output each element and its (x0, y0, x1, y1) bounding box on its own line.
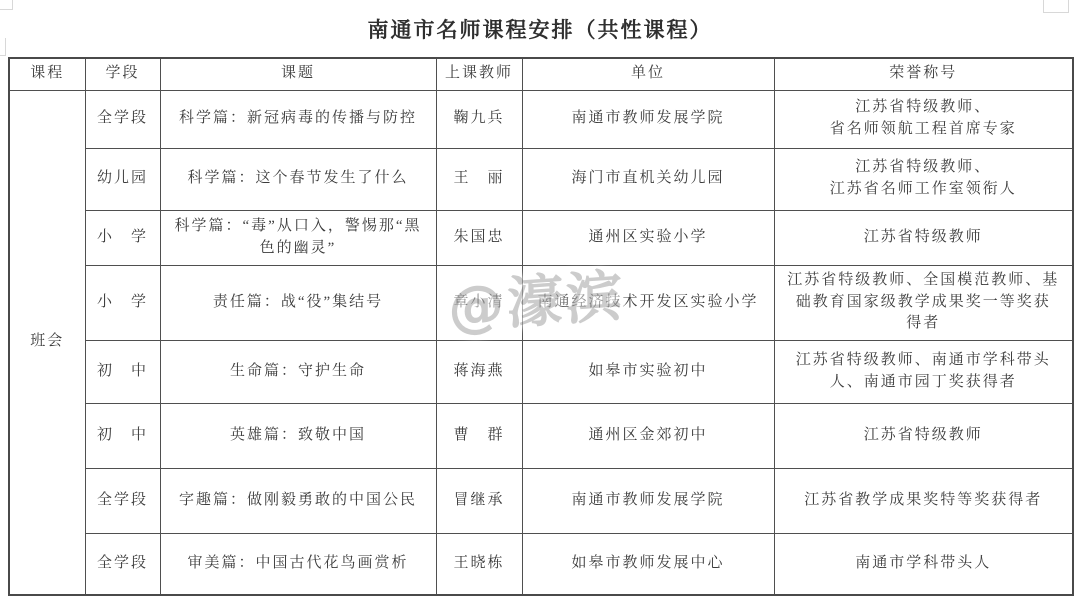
corner-crop-artifact (1043, 0, 1069, 13)
cell-teacher: 王晓栋 (436, 533, 522, 595)
cell-unit: 南通市教师发展学院 (522, 90, 774, 148)
cell-honor: 南通市学科带头人 (774, 533, 1073, 595)
cell-unit: 南通市教师发展学院 (522, 468, 774, 533)
cell-topic: 审美篇：中国古代花鸟画赏析 (160, 533, 436, 595)
cell-honor: 江苏省特级教师、南通市学科带头 人、南通市园丁奖获得者 (774, 340, 1073, 403)
header-unit: 单位 (522, 58, 774, 90)
cell-stage: 全学段 (85, 90, 160, 148)
cell-stage: 初 中 (85, 403, 160, 468)
cell-topic: 科学篇：新冠病毒的传播与防控 (160, 90, 436, 148)
header-honor: 荣誉称号 (774, 58, 1073, 90)
cell-stage: 全学段 (85, 533, 160, 595)
table-row: 初 中 生命篇：守护生命 蒋海燕 如皋市实验初中 江苏省特级教师、南通市学科带头… (9, 340, 1073, 403)
page: 南通市名师课程安排（共性课程） 课程 学段 课题 上课教师 单位 荣誉称号 班会… (0, 0, 1080, 600)
cell-stage: 小 学 (85, 265, 160, 340)
cell-teacher: 曹 群 (436, 403, 522, 468)
cell-unit: 海门市直机关幼儿园 (522, 148, 774, 210)
cell-teacher: 朱国忠 (436, 210, 522, 265)
cell-teacher: 冒继承 (436, 468, 522, 533)
cell-honor: 江苏省教学成果奖特等奖获得者 (774, 468, 1073, 533)
table-row: 小 学 责任篇：战“役”集结号 章小清 南通经济技术开发区实验小学 江苏省特级教… (9, 265, 1073, 340)
table-row: 全学段 字趣篇：做刚毅勇敢的中国公民 冒继承 南通市教师发展学院 江苏省教学成果… (9, 468, 1073, 533)
table-header-row: 课程 学段 课题 上课教师 单位 荣誉称号 (9, 58, 1073, 90)
cell-teacher: 章小清 (436, 265, 522, 340)
cell-teacher: 蒋海燕 (436, 340, 522, 403)
cell-topic: 英雄篇：致敬中国 (160, 403, 436, 468)
header-course: 课程 (9, 58, 85, 90)
cell-topic: 字趣篇：做刚毅勇敢的中国公民 (160, 468, 436, 533)
cell-stage: 全学段 (85, 468, 160, 533)
table-row: 全学段 审美篇：中国古代花鸟画赏析 王晓栋 如皋市教师发展中心 南通市学科带头人 (9, 533, 1073, 595)
cell-topic: 责任篇：战“役”集结号 (160, 265, 436, 340)
cell-course-group: 班会 (9, 90, 85, 595)
header-teacher: 上课教师 (436, 58, 522, 90)
cell-teacher: 鞠九兵 (436, 90, 522, 148)
cell-honor: 江苏省特级教师 (774, 403, 1073, 468)
cell-honor: 江苏省特级教师 (774, 210, 1073, 265)
cell-unit: 如皋市教师发展中心 (522, 533, 774, 595)
page-title: 南通市名师课程安排（共性课程） (0, 14, 1080, 44)
header-topic: 课题 (160, 58, 436, 90)
cell-unit: 通州区实验小学 (522, 210, 774, 265)
cell-topic: 科学篇：这个春节发生了什么 (160, 148, 436, 210)
cell-topic: 科学篇：“毒”从口入，警惕那“黑 色的幽灵” (160, 210, 436, 265)
cell-stage: 初 中 (85, 340, 160, 403)
table-row: 班会 全学段 科学篇：新冠病毒的传播与防控 鞠九兵 南通市教师发展学院 江苏省特… (9, 90, 1073, 148)
cell-teacher: 王 丽 (436, 148, 522, 210)
cell-honor: 江苏省特级教师、全国模范教师、基 础教育国家级教学成果奖一等奖获 得者 (774, 265, 1073, 340)
cell-honor: 江苏省特级教师、 省名师领航工程首席专家 (774, 90, 1073, 148)
header-stage: 学段 (85, 58, 160, 90)
cell-stage: 幼儿园 (85, 148, 160, 210)
cell-unit: 如皋市实验初中 (522, 340, 774, 403)
cell-topic: 生命篇：守护生命 (160, 340, 436, 403)
cell-unit: 通州区金郊初中 (522, 403, 774, 468)
cell-unit: 南通经济技术开发区实验小学 (522, 265, 774, 340)
corner-crop-artifact (0, 0, 13, 10)
cell-stage: 小 学 (85, 210, 160, 265)
cell-honor: 江苏省特级教师、 江苏省名师工作室领衔人 (774, 148, 1073, 210)
table-row: 幼儿园 科学篇：这个春节发生了什么 王 丽 海门市直机关幼儿园 江苏省特级教师、… (9, 148, 1073, 210)
course-schedule-table: 课程 学段 课题 上课教师 单位 荣誉称号 班会 全学段 科学篇：新冠病毒的传播… (8, 57, 1074, 596)
table-row: 小 学 科学篇：“毒”从口入，警惕那“黑 色的幽灵” 朱国忠 通州区实验小学 江… (9, 210, 1073, 265)
table-row: 初 中 英雄篇：致敬中国 曹 群 通州区金郊初中 江苏省特级教师 (9, 403, 1073, 468)
